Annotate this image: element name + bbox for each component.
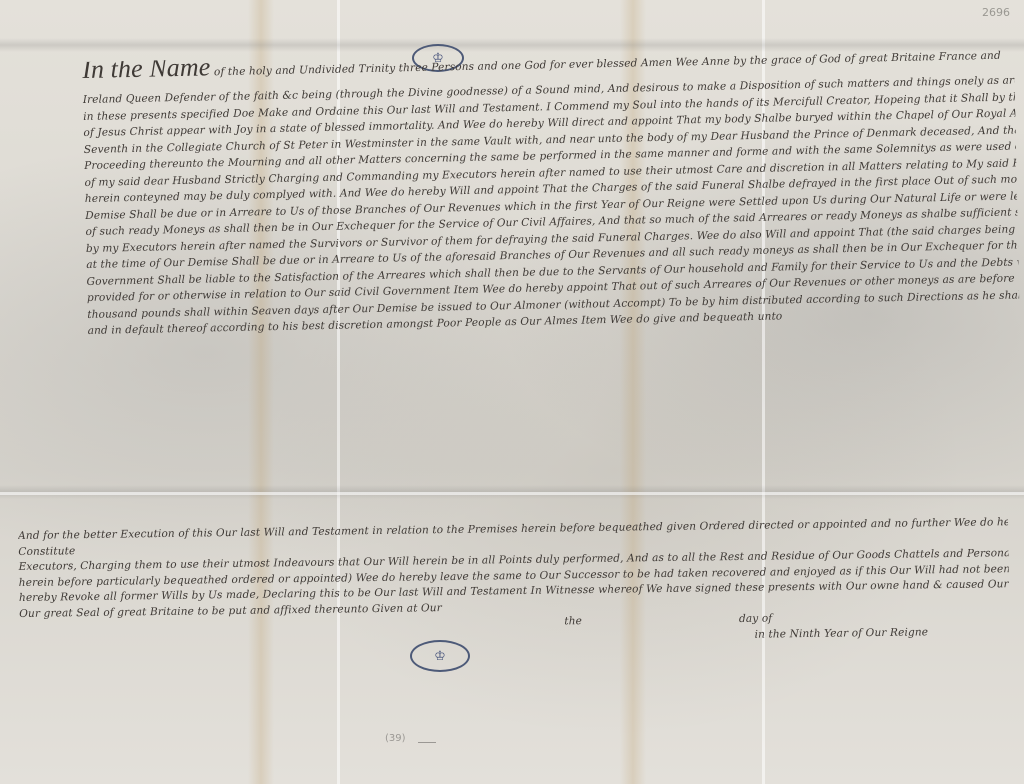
fold-line-horizontal [0, 492, 1024, 495]
opening-words: In the Name [82, 52, 211, 84]
archive-number: 2696 [982, 6, 1010, 19]
line-text: of the holy and Undivided Trinity three … [214, 50, 1001, 78]
dating-the: the [564, 615, 582, 627]
parchment-document: 2696 ♔ In the Name of the holy and Undiv… [0, 0, 1024, 784]
crown-stamp-bottom: ♔ [410, 640, 470, 672]
dating-day-of: day of [739, 612, 773, 624]
crown-icon: ♔ [434, 649, 446, 664]
will-lower-text: And for the better Execution of this Our… [18, 514, 1010, 652]
folio-dash [418, 742, 436, 743]
folio-mark: (39) [385, 733, 406, 744]
will-upper-text: In the Name of the holy and Undivided Tr… [82, 42, 1020, 339]
